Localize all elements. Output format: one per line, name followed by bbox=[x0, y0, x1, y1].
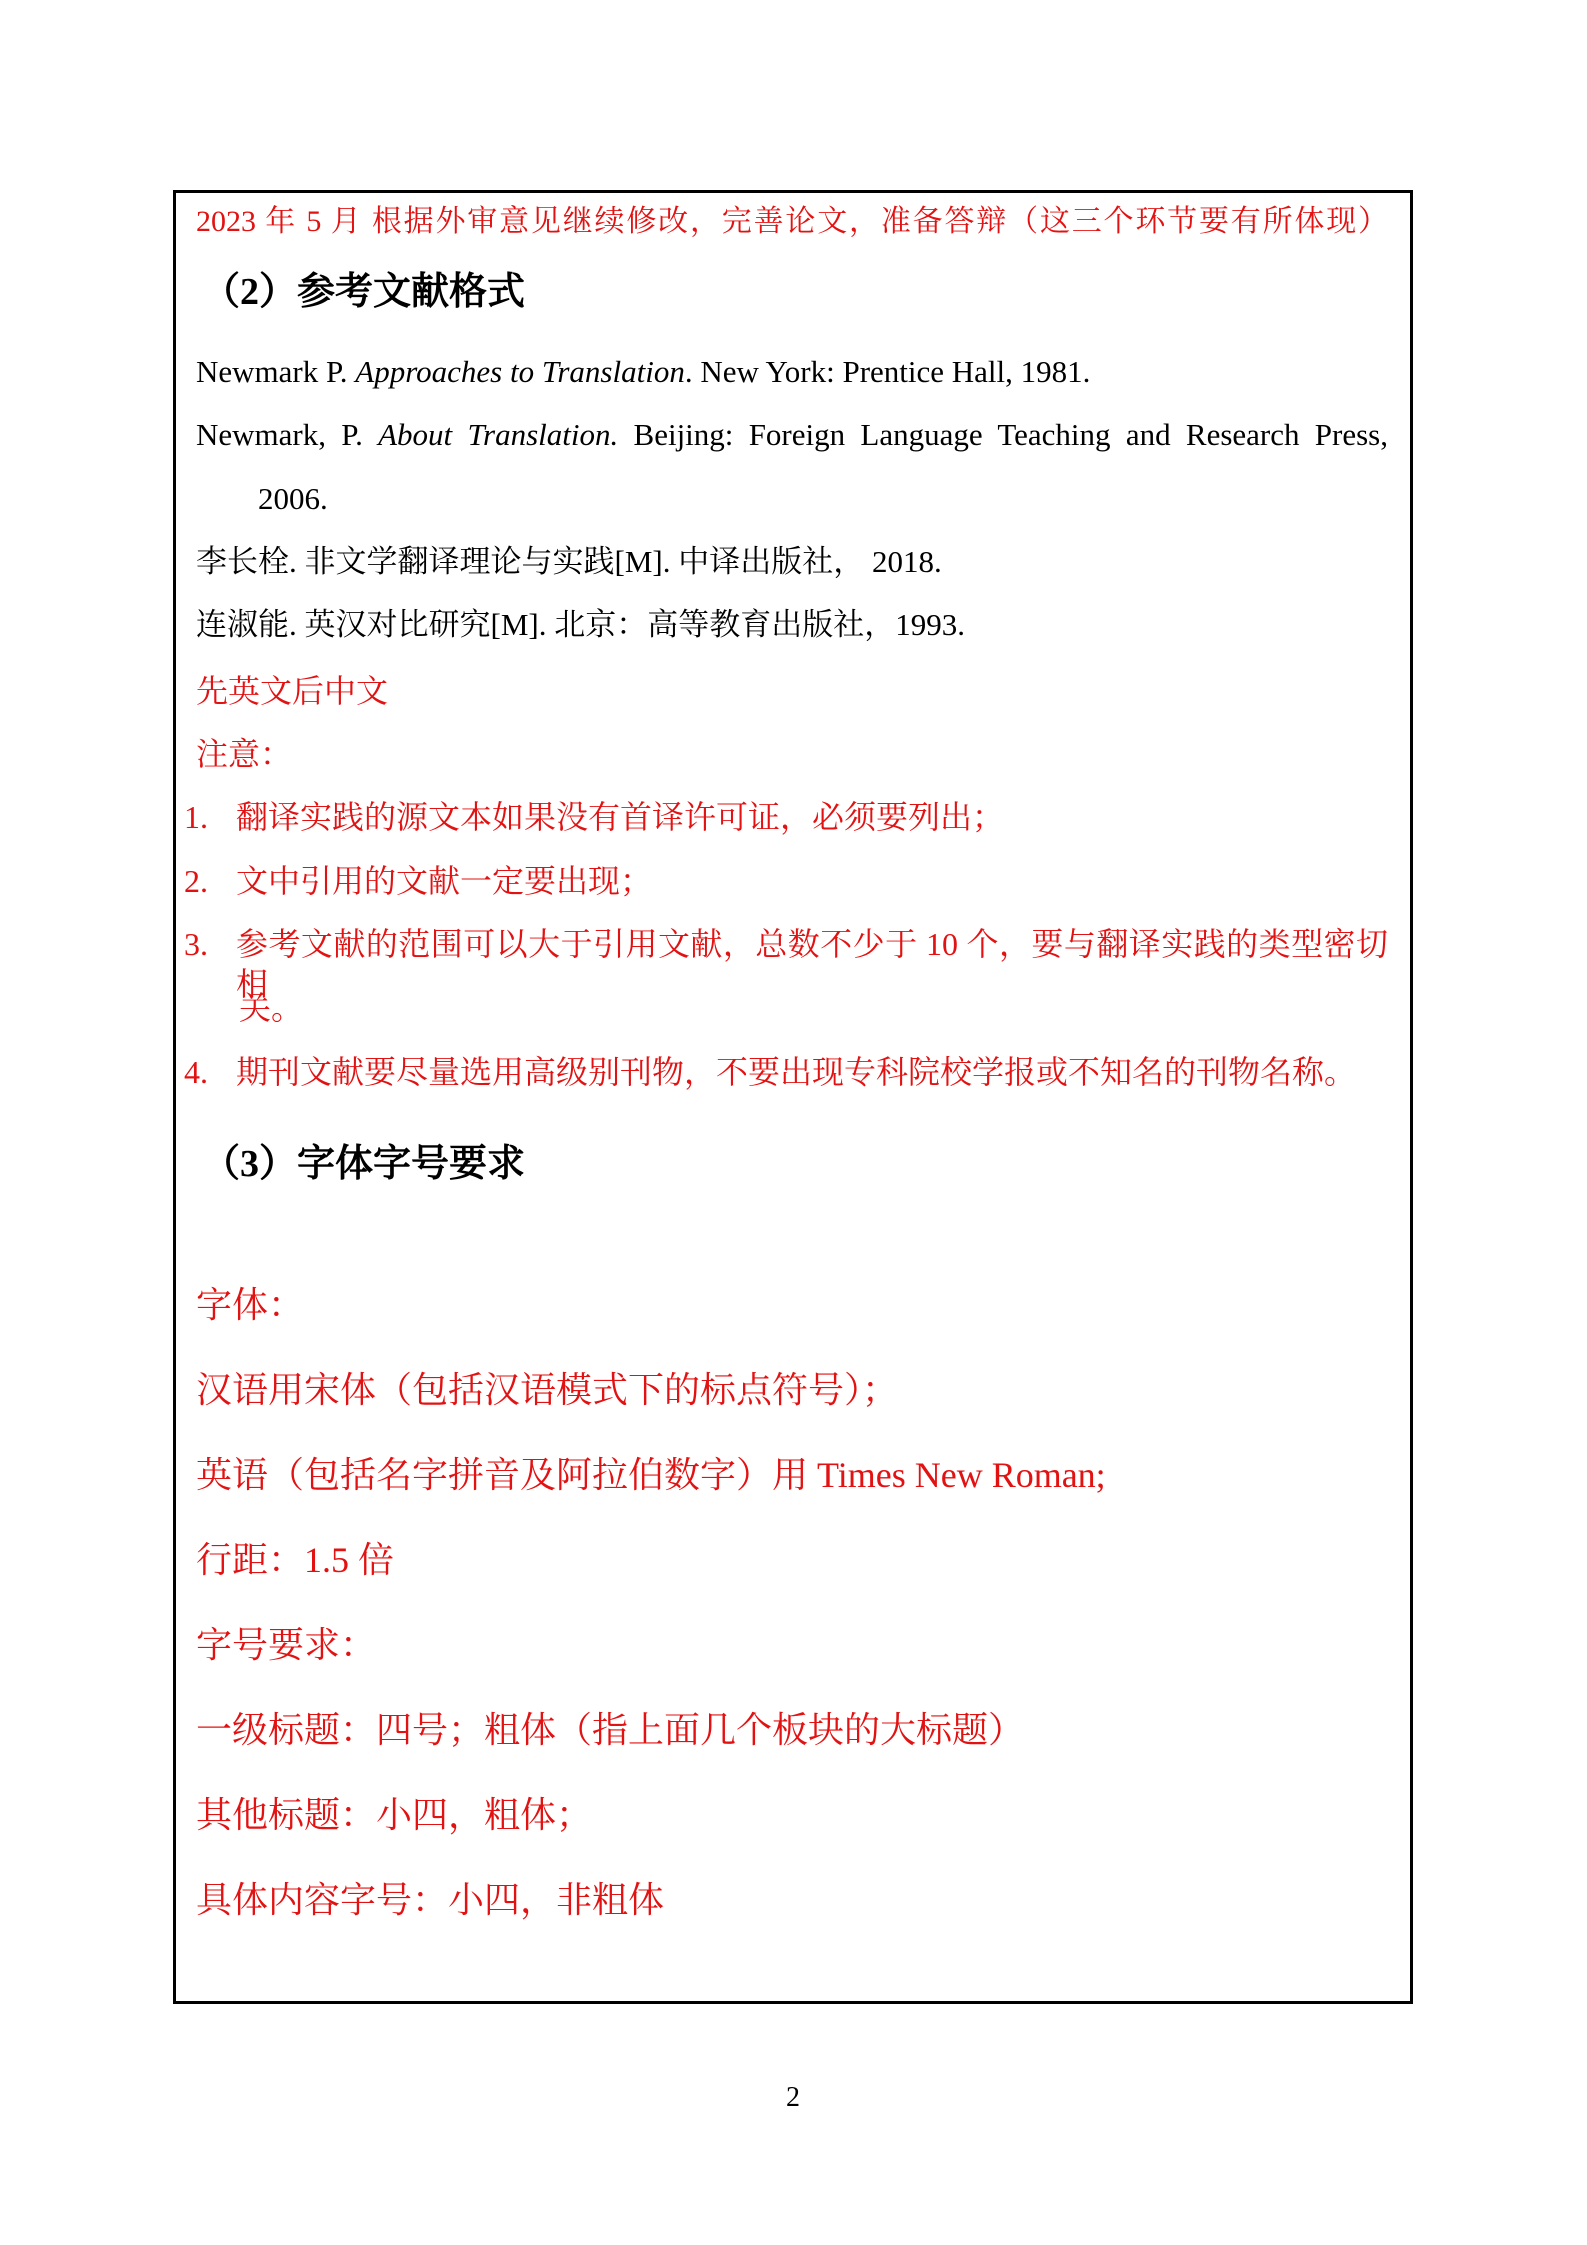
note-item-2: 2. 文中引用的文献一定要出现； bbox=[184, 861, 1388, 901]
reference-entry-4: 连淑能. 英汉对比研究[M]. 北京：高等教育出版社，1993. bbox=[196, 606, 1388, 645]
reference-entry-2: Newmark, P. About Translation. Beijing: … bbox=[196, 416, 1388, 455]
reference-entry-2-continuation: 2006. bbox=[258, 480, 1388, 519]
language-order-note: 先英文后中文 bbox=[196, 671, 1388, 711]
font-label-line: 字体： bbox=[196, 1283, 1388, 1328]
section3-heading: （3）字体字号要求 bbox=[202, 1141, 1388, 1189]
revision-schedule-note: 2023 年 5 月 根据外审意见继续修改，完善论文，准备答辩（这三个环节要有所… bbox=[196, 203, 1388, 241]
reference-1-author: Newmark P. bbox=[196, 354, 355, 389]
note-2-number: 2. bbox=[184, 861, 236, 901]
line-spacing-rule-line: 行距：1.5 倍 bbox=[196, 1538, 1388, 1583]
reference-2-publisher: Beijing: Foreign Language Teaching and R… bbox=[618, 417, 1388, 452]
content-cell-border: 2023 年 5 月 根据外审意见继续修改，完善论文，准备答辩（这三个环节要有所… bbox=[173, 190, 1413, 2004]
reference-2-title: About Translation. bbox=[378, 417, 618, 452]
reference-1-title: Approaches to Translation bbox=[355, 354, 685, 389]
reference-2-author: Newmark, P. bbox=[196, 417, 378, 452]
note-3-number: 3. bbox=[184, 924, 236, 1004]
note-1-number: 1. bbox=[184, 797, 236, 837]
note-2-text: 文中引用的文献一定要出现； bbox=[236, 861, 1388, 901]
reference-entry-1: Newmark P. Approaches to Translation. Ne… bbox=[196, 353, 1388, 392]
level1-heading-rule-line: 一级标题：四号；粗体（指上面几个板块的大标题） bbox=[196, 1708, 1388, 1753]
document-page: 2023 年 5 月 根据外审意见继续修改，完善论文，准备答辩（这三个环节要有所… bbox=[0, 0, 1587, 2245]
section2-heading: （2）参考文献格式 bbox=[202, 269, 1388, 317]
reference-entry-3: 李长栓. 非文学翻译理论与实践[M]. 中译出版社， 2018. bbox=[196, 543, 1388, 582]
page-number: 2 bbox=[173, 2082, 1413, 2114]
body-content-rule-line: 具体内容字号：小四，非粗体 bbox=[196, 1878, 1388, 1923]
note-4-text: 期刊文献要尽量选用高级别刊物，不要出现专科院校学报或不知名的刊物名称。 bbox=[236, 1052, 1388, 1092]
note-4-number: 4. bbox=[184, 1052, 236, 1092]
note-item-1: 1. 翻译实践的源文本如果没有首译许可证，必须要列出； bbox=[184, 797, 1388, 837]
note-1-text: 翻译实践的源文本如果没有首译许可证，必须要列出； bbox=[236, 797, 1388, 837]
note-item-3-continuation: 关。 bbox=[239, 988, 1388, 1028]
english-font-rule-line: 英语（包括名字拼音及阿拉伯数字）用 Times New Roman; bbox=[196, 1453, 1388, 1498]
reference-1-publisher: . New York: Prentice Hall, 1981. bbox=[685, 354, 1091, 389]
chinese-font-rule-line: 汉语用宋体（包括汉语模式下的标点符号）； bbox=[196, 1368, 1388, 1413]
other-heading-rule-line: 其他标题：小四，粗体； bbox=[196, 1793, 1388, 1838]
font-size-label-line: 字号要求： bbox=[196, 1623, 1388, 1668]
note-item-4: 4. 期刊文献要尽量选用高级别刊物，不要出现专科院校学报或不知名的刊物名称。 bbox=[184, 1052, 1388, 1092]
attention-label: 注意： bbox=[196, 734, 1388, 774]
